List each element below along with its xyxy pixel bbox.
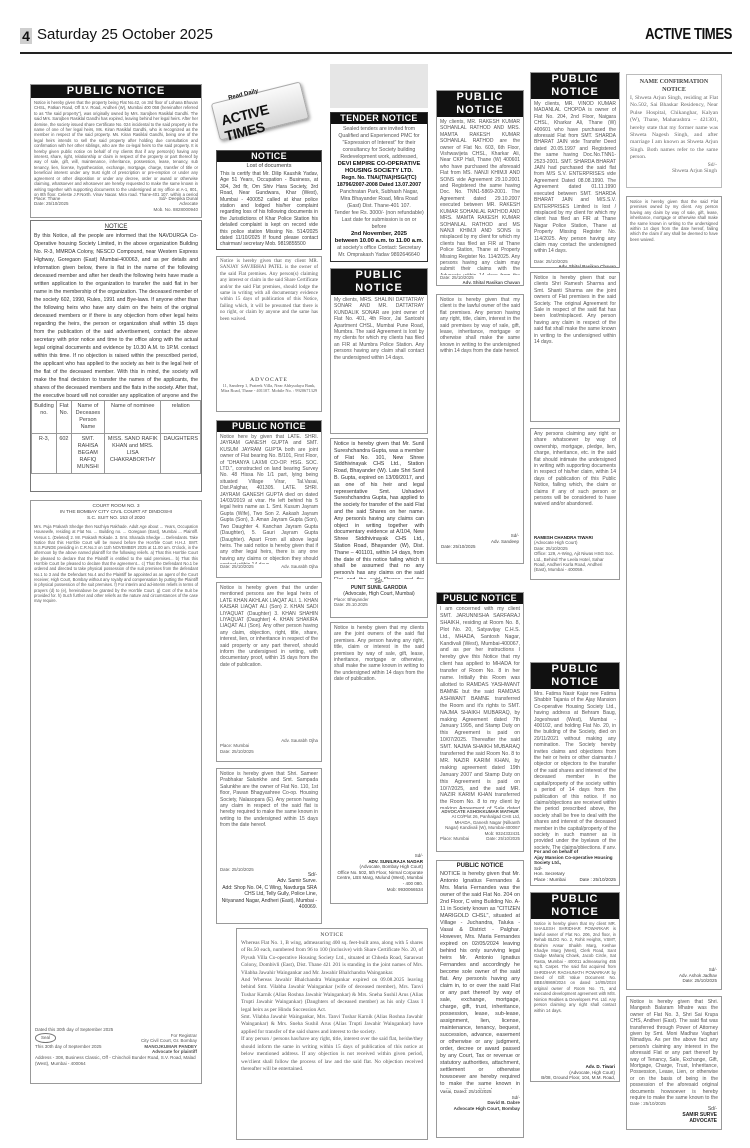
notice-body: I am concerned with my client SMT. JARUN… (437, 604, 523, 809)
public-notice-chopda: PUBLIC NOTICE My clients, MR. VINOD KUMA… (530, 72, 620, 268)
newspaper-brand: ACTIVE TIMES (645, 26, 732, 44)
col-building: Building no. (32, 401, 57, 434)
notice-date: Date: 25.10.2025 (334, 602, 424, 607)
heirs-table: Building no. Flat No. Name of Deceases P… (31, 400, 201, 474)
notice-place: Place: Mumbai (440, 836, 469, 841)
tender-contact: at society's office Contact: Secretary M… (334, 245, 424, 259)
notice-body: Notice is hereby given that Shri. Manges… (627, 997, 721, 1101)
notice-date: Date: 25/10/2025 (34, 201, 69, 206)
public-notice-rathod: PUBLIC NOTICE My clients, MR. RAKESH KUM… (436, 90, 524, 286)
public-notice-powarkar: PUBLIC NOTICE Notice is hereby given tha… (530, 892, 620, 1082)
notice-body: Notice here by given that LATE. SHRI. JA… (217, 432, 321, 564)
notice-body: Mrs. Fatima Nasir Kajar nee Fatima Shabb… (531, 689, 619, 849)
notice-title: NOTICE (217, 151, 321, 162)
notice-advocate: Adv. Shital Rasikan Chavan (534, 264, 616, 268)
notice-para-3: Smt. Vilabha Jawahir Waingankar, Mrs. Ta… (241, 1014, 423, 1036)
notice-title: NOTICE (31, 221, 201, 230)
lost-documents-notice: NOTICE Lost of documents This is certify… (216, 150, 322, 250)
notice-title: PUBLIC NOTICE (531, 73, 619, 99)
court-notice: COURT ROOM NO. 3 IN THE BOMBAY CITY CIVI… (30, 500, 202, 1084)
notice-para-1: Whereas Flat No. 1, B wing, admeasuring … (241, 940, 423, 977)
notice-body: My clients, MRS. SHALINI DATTATRAY SONAR… (331, 295, 427, 434)
cell-flat: 602 (57, 434, 72, 474)
tender-society: DEVI EMPIRE CO-OPERATIVE HOUSING SOCIETY… (334, 161, 424, 175)
public-notice-nadar: Notice is hereby given that my clients a… (330, 622, 428, 904)
public-notice-khan: Notice is hereby given that the under me… (216, 582, 322, 762)
notice-body: Notice is hereby given that the property… (31, 98, 201, 196)
notice-body: My clients, MR. VINOD KUMAR MADANLAL CHO… (531, 99, 619, 259)
cell-building: R-3, (32, 434, 57, 474)
tender-last-date-label: Last date for submission is on or before (334, 217, 424, 231)
notice-address: Office: 129, A-Wing, Ajit Niwas HSG Soc.… (534, 551, 616, 573)
notice-title: NAME CONFIRMATION NOTICE (627, 75, 721, 95)
notice-title: PUBLIC NOTICE (31, 85, 201, 98)
notice-title: PUBLIC NOTICE (437, 593, 523, 604)
public-notice-gandhi: PUBLIC NOTICE Notice is hereby given tha… (30, 84, 202, 218)
court-body: Mrs. Puja Prakash Shedge then Nazhiya Ra… (31, 522, 201, 1027)
masthead: 4 Saturday 25 October 2025 ACTIVE TIMES (20, 26, 732, 48)
navdurga-society-notice: NOTICE By this Notice, all the people ar… (30, 220, 202, 492)
notice-body: My clients, MR. RAKESH KUMAR SOHANLAL RA… (437, 117, 523, 275)
notice-body: Notice is hereby given that the said Fla… (627, 197, 721, 967)
notice-body: Notice is hereby given that my client is… (437, 295, 523, 533)
notice-title: TENDER NOTICE (331, 113, 427, 124)
public-notice-sarve-2: Notice is hereby given that Shri. Manges… (626, 996, 722, 1130)
public-notice-garodia: Notice is hereby given that Mr. Sunil Su… (330, 438, 428, 618)
tender-time: between 10.00 a.m. to 11.00 a.m. (334, 238, 424, 245)
notice-body: Notice is hereby given that our clients … (531, 273, 619, 419)
notice-date: Date: 25/10/2025 (631, 978, 717, 984)
tender-fee: Tender fee Rs. 3000/- (non refundable) (334, 210, 424, 217)
notice-date: Date: 25/10/2025 (220, 564, 254, 569)
public-notice-fernandes: PUBLIC NOTICE NOTICE is hereby given tha… (436, 860, 524, 1138)
notice-body: Notice is hereby given that Shri. Sameer… (217, 769, 321, 867)
notice-title: PUBLIC NOTICE (437, 861, 523, 869)
notice-title: PUBLIC NOTICE (531, 663, 619, 689)
public-notice-sarve-1: Notice is hereby given that Shri. Sameer… (216, 768, 322, 924)
tender-notice: TENDER NOTICE Sealed tenders are invited… (330, 112, 428, 262)
court-dated-2: This 30th day of September 2025 (35, 1044, 102, 1055)
col-flat: Flat No. (57, 401, 72, 434)
public-notice-tajania: PUBLIC NOTICE Mrs. Fatima Nasir Kajar ne… (530, 662, 620, 886)
col-relation: relation (161, 401, 201, 434)
col-deceased: Name of Deceases Person Name (71, 401, 104, 434)
col-nominee: Name of nominee (105, 401, 161, 434)
notice-name: Shweta Arjun Singh (627, 168, 721, 174)
notice-title: PUBLIC NOTICE (437, 91, 523, 117)
notice-para-4: If any person / persons has/have any rig… (241, 1036, 423, 1073)
notice-title: PUBLIC NOTICE (217, 421, 321, 432)
ad-placeholder (330, 64, 428, 108)
cell-deceased: SMT. RAHISA BEGAM RAFIQ MUNSHI (71, 434, 104, 474)
public-notice-ramesh: Any persons claiming any right or share … (530, 428, 620, 580)
notice-address: B/08, Ground Floor, 104, M.M. Road, Mumb… (535, 1075, 615, 1082)
sharma-notice: Notice is hereby given that our clients … (530, 272, 620, 422)
notice-body: Notice is hereby given that Mr. Sunil Su… (331, 439, 427, 579)
notice-body: Notice is hereby given that the under me… (217, 583, 321, 738)
notice-body: This is certify that Mr. Dilip Kaushik Y… (217, 169, 321, 250)
wainganker-notice: NOTICE Whereas Flat No. 1, B wing, admea… (236, 928, 428, 1140)
name-confirmation-notice: NAME CONFIRMATION NOTICE I, Shweta Arjun… (626, 74, 722, 188)
public-notice-gupta: PUBLIC NOTICE Notice here by given that … (216, 420, 322, 578)
masthead-rule (20, 52, 732, 54)
notice-title: PUBLIC NOTICE (331, 269, 427, 295)
public-notice-sonar: PUBLIC NOTICE My clients, MRS. SHALINI D… (330, 268, 428, 434)
public-notice-gaikwad: Notice is hereby given that my client is… (436, 294, 524, 564)
notice-body: By this Notice, all the people are infor… (31, 230, 201, 400)
notice-body: NOTICE is hereby given that Mr. Antonio … (437, 869, 523, 1089)
public-notice-barne: PUBLIC NOTICE I am concerned with my cli… (436, 592, 524, 852)
public-notice-right-column: Notice is hereby given that the said Fla… (626, 196, 722, 990)
issue-date: Saturday 25 October 2025 (37, 26, 213, 43)
notice-date: Date: 25/10/2025 (486, 836, 520, 841)
notice-mobile: Mob: 9930066534 (335, 887, 423, 893)
tender-date: 2nd November, 2025 (334, 231, 424, 238)
notice-role: ADVOCATE (631, 1118, 717, 1124)
public-notice-patel: Notice is hereby given that my client MR… (216, 256, 322, 412)
notice-place: Place : Mumbai (534, 877, 566, 883)
cell-relation: DAUGHTERS (161, 434, 201, 474)
notice-body: Notice is hereby given that my clients a… (331, 623, 427, 853)
notice-address: At C0/Plot 26, Panhalgad CHS Ltd, MHADA,… (440, 814, 520, 830)
notice-para-2: And Whereas Jawahir Bhalchandra Waingank… (241, 977, 423, 1014)
notice-title: PUBLIC NOTICE (531, 893, 619, 919)
tender-regn: Regn. No. TNA/(TNA)HSG/(TC) 18796/2007-2… (334, 175, 424, 189)
court-seal: Seal (35, 1033, 56, 1043)
notice-date: Date : 25/10/2025 (579, 877, 616, 883)
notice-subtitle: Lost of documents (217, 162, 321, 169)
advocate-address: Address - 308, Business Classic, Off - C… (35, 1055, 197, 1066)
notice-advocate: Adv. Saurabh Ojha (281, 564, 318, 569)
cell-nominee: MISS. SANO RAFIK KHAN and MRS. LISA CHAK… (105, 434, 161, 474)
notice-mobile: Mob. No. 8828000940 (153, 207, 198, 212)
notice-address: Office No. 502, 5th Floor, Nirmal Corpor… (335, 870, 423, 887)
tender-address: Panchratan Park, Subhash Nagar, Mira Bha… (334, 189, 424, 210)
notice-date: Date: 25/10/2025 (441, 544, 519, 550)
notice-society: Ajay Mansion Co-operative Housing Societ… (534, 855, 616, 866)
notice-address: Add: Shop No. 04, C Wing, Navdurga SRA C… (221, 885, 317, 911)
read-daily-active-times-logo: Read Daily ACTIVE TIMES (208, 82, 308, 140)
table-row: R-3, 602 SMT. RAHISA BEGAM RAFIQ MUNSHI … (32, 434, 201, 474)
notice-body: Notice is hereby given that my client MR… (217, 257, 321, 377)
tender-body: Sealed tenders are invited from Qualifie… (334, 126, 424, 161)
page-number: 4 (20, 28, 32, 44)
notice-date: Date: 25/10/2025 (220, 749, 318, 754)
notice-body: Any persons claiming any right or share … (531, 429, 619, 535)
advocate-address: 11, Sandeep 1, Prateek Villa, Near Abhyu… (217, 383, 321, 394)
notice-body: Notice is hereby given that my client MR… (531, 919, 619, 1064)
notice-role: Advocate High Court, Bombay (440, 1106, 520, 1112)
notice-title: NOTICE (237, 929, 427, 938)
notice-body: I, Shweta Arjun Singh, residing at Flat … (627, 95, 721, 162)
